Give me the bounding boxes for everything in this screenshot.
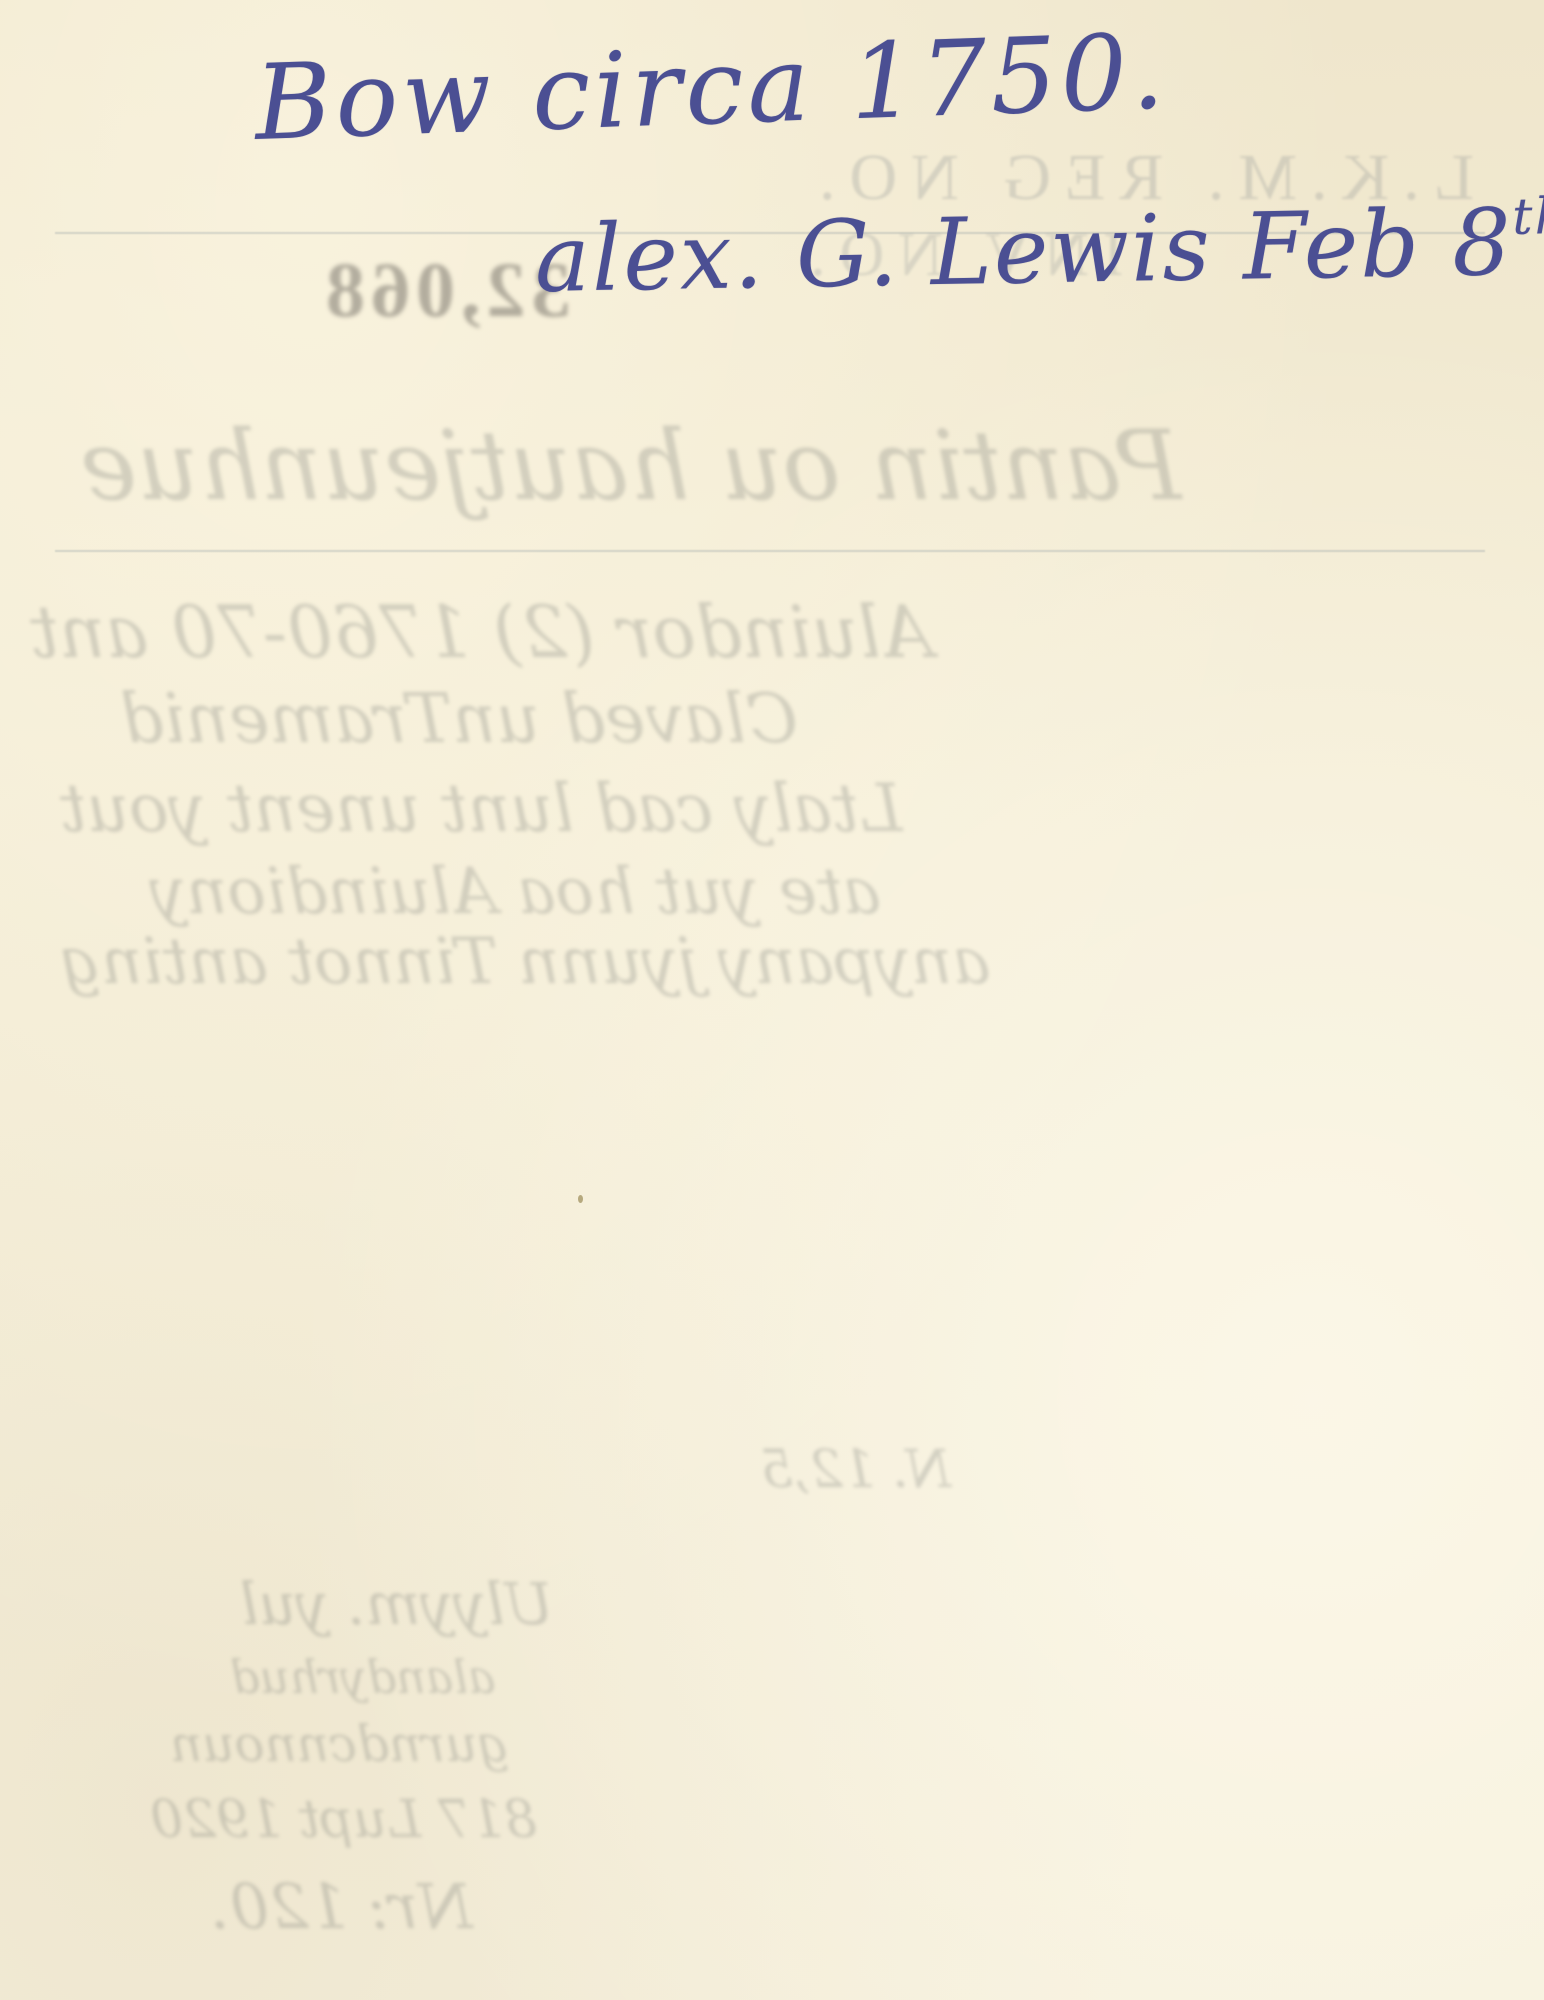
bleed-through-line-3: Ltaly cad lunt unent yout xyxy=(60,770,902,847)
bleed-through-rule-mid xyxy=(55,550,1485,552)
bleed-through-lower-4: 817 Lupt 1920 xyxy=(150,1790,537,1850)
bleed-through-number: 32,068 xyxy=(320,245,571,335)
signature-name: alex. G. Lewis xyxy=(534,194,1212,313)
bleed-through-small-mark: N. 12,5 xyxy=(760,1440,951,1500)
bleed-through-lower-1: Ulyym. yul xyxy=(240,1570,554,1638)
bleed-through-line-1: Aluindor (2) 1760-70 ant xyxy=(30,590,933,674)
bleed-through-line-5: anypany jyunn Tinnot anting xyxy=(60,925,990,999)
date-month-day: Feb 8 xyxy=(1242,189,1514,301)
bleed-through-lower-2: alandyrhud xyxy=(230,1650,495,1704)
date-ordinal: th xyxy=(1512,187,1544,246)
bleed-through-lower-3: gurndcnnoun xyxy=(170,1715,509,1773)
bleed-through-title: Pantin ou hautjeunhue xyxy=(80,410,1181,522)
document-page: L.K.M. REG NO. INV NO. 32,068 Pantin ou … xyxy=(0,0,1544,2000)
inscription-signature-date: alex. G. Lewis Feb 8th 1955 xyxy=(534,183,1544,313)
bleed-through-line-4: ate yut hoa Aluindiony xyxy=(150,855,881,929)
bleed-through-line-2: Claved unTramenid xyxy=(120,680,798,759)
paper-speck xyxy=(578,1195,583,1203)
bleed-through-lower-5: Nr: 120. xyxy=(210,1870,473,1943)
